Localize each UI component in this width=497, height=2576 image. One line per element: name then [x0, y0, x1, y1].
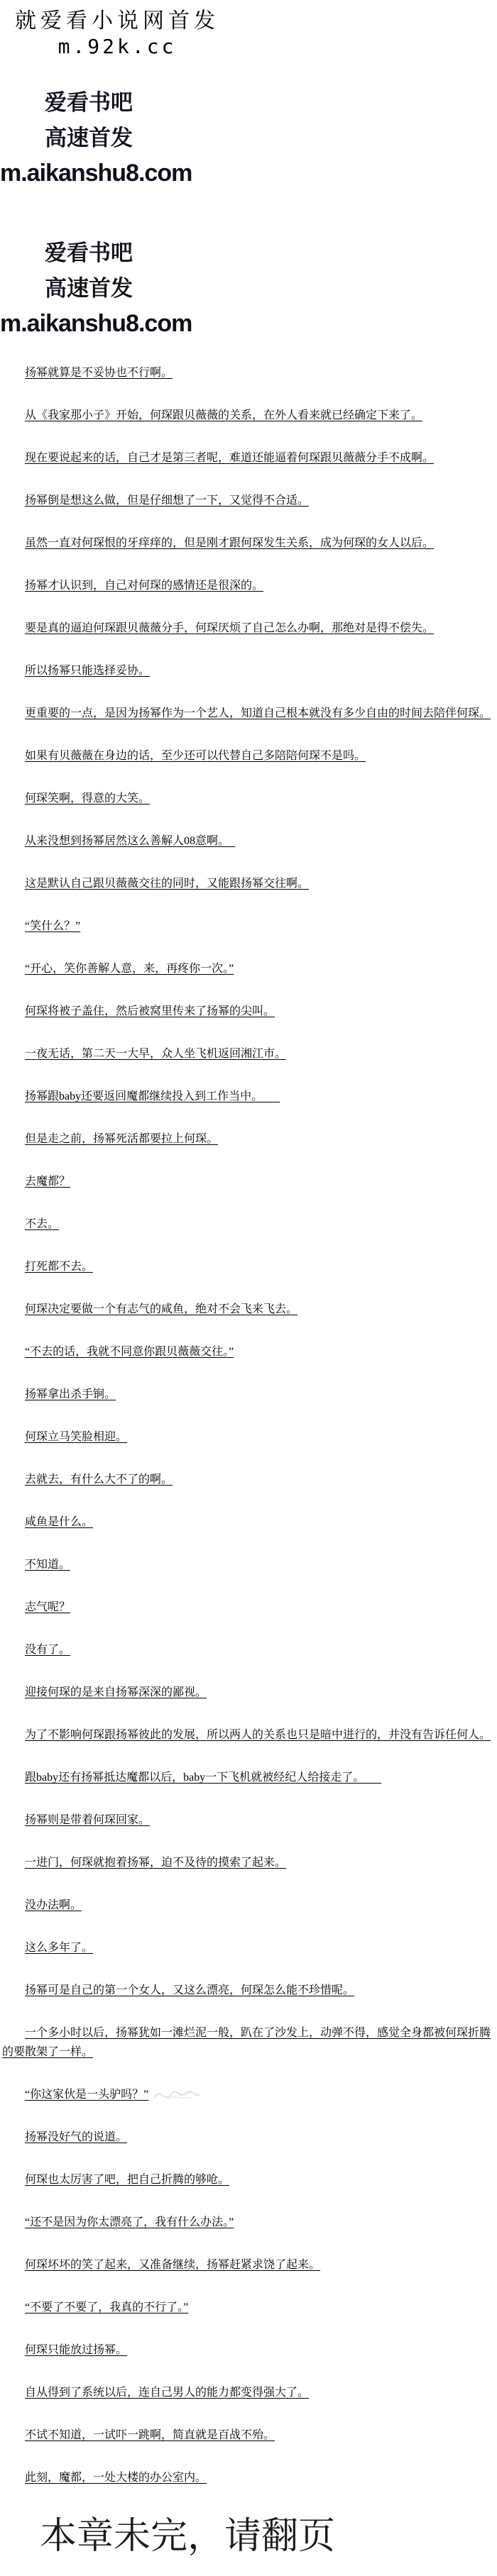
paragraph: 所以扬幂只能选择妥协。	[2, 661, 493, 680]
promo-line-2: 高速首发	[0, 121, 177, 156]
paragraph: 但是走之前，扬幂死活都要拉上何琛。	[2, 1129, 493, 1149]
paragraph: 何琛立马笑脸相迎。	[2, 1427, 493, 1447]
paragraph: 扬幂就算是不妥协也不行啊。	[2, 363, 493, 382]
paragraph: 一进门，何琛就抱着扬幂，迫不及待的摸索了起来。	[2, 1853, 493, 1872]
promo-block-2: 爱看书吧 高速首发 m.aikanshu8.com	[0, 236, 177, 341]
promo-line-2: 高速首发	[0, 271, 177, 306]
paragraph: 要是真的逼迫何琛跟贝薇薇分手，何琛厌烦了自己怎么办啊，那绝对是得不偿失。	[2, 619, 493, 638]
paragraph: 为了不影响何琛跟扬幂彼此的发展，所以两人的关系也只是暗中进行的，并没有告诉任何人…	[2, 1725, 493, 1745]
chapter-content: 扬幂就算是不妥协也不行啊。从《我家那小子》开始，何琛跟贝薇薇的关系，在外人看来就…	[0, 363, 497, 2487]
paragraph: 扬幂跟baby还要返回魔都继续投入到工作当中。	[2, 1087, 493, 1106]
paragraph: “开心，笑你善解人意，来，再疼你一次。”	[2, 959, 493, 978]
paragraph: 没办法啊。	[2, 1896, 493, 1915]
paragraph: 扬幂拿出杀手锏。	[2, 1385, 493, 1404]
paragraph: 何琛笑啊，得意的大笑。	[2, 789, 493, 808]
paragraph: 自从得到了系统以后，连自己男人的能力都变得强大了。	[2, 2383, 493, 2402]
promo-line-1: 爱看书吧	[0, 85, 177, 121]
paragraph: 扬幂才认识到，自己对何琛的感情还是很深的。	[2, 576, 493, 595]
site-url: m.92k.cc	[0, 35, 234, 58]
page-turn-notice: 本章未完，请翻页	[40, 2511, 497, 2562]
paragraph: 一个多小时以后，扬幂犹如一滩烂泥一般，趴在了沙发上，动弹不得，感觉全身都被何琛折…	[2, 2023, 493, 2062]
paragraph: 何琛坏坏的笑了起来，又准备继续，扬幂赶紧求饶了起来。	[2, 2255, 493, 2274]
paragraph: “笑什么？”	[2, 917, 493, 936]
paragraph: 扬幂则是带着何琛回家。	[2, 1811, 493, 1830]
paragraph: 没有了。	[2, 1640, 493, 1659]
paragraph: 咸鱼是什么。	[2, 1513, 493, 1532]
scribble-watermark-icon	[152, 2085, 208, 2104]
paragraph: 跟baby还有扬幂抵达魔都以后，baby一下飞机就被经纪人给接走了。	[2, 1768, 493, 1787]
paragraph: 这是默认自己跟贝薇薇交往的同时，又能跟扬幂交往啊。	[2, 874, 493, 893]
paragraph: 不知道。	[2, 1555, 493, 1574]
paragraph: 此刻，魔都，一处大楼的办公室内。	[2, 2468, 493, 2487]
paragraph: 何琛只能放过扬幂。	[2, 2340, 493, 2360]
paragraph: 现在要说起来的话，自己才是第三者呢，难道还能逼着何琛跟贝薇薇分手不成啊。	[2, 448, 493, 468]
paragraph: 迎接何琛的是来自扬幂深深的鄙视。	[2, 1683, 493, 1702]
paragraph: 从来没想到扬幂居然这么善解人08意啊。	[2, 831, 493, 851]
promo-domain: m.aikanshu8.com	[0, 156, 177, 190]
promo-block-1: 爱看书吧 高速首发 m.aikanshu8.com	[0, 85, 177, 190]
site-name: 就爱看小说网首发	[0, 9, 234, 34]
paragraph: 虽然一直对何琛恨的牙痒痒的，但是刚才跟何琛发生关系，成为何琛的女人以后。	[2, 534, 493, 553]
paragraph: 这么多年了。	[2, 1938, 493, 1957]
paragraph: 扬幂倒是想这么做，但是仔细想了一下，又觉得不合适。	[2, 491, 493, 510]
paragraph: “还不是因为你太漂亮了，我有什么办法。”	[2, 2213, 493, 2232]
paragraph: “你这家伙是一头驴吗？”	[2, 2085, 493, 2104]
paragraph: 不试不知道，一试吓一跳啊，简直就是百战不殆。	[2, 2426, 493, 2445]
promo-line-1: 爱看书吧	[0, 236, 177, 271]
paragraph: 志气呢？	[2, 1598, 493, 1617]
promo-domain: m.aikanshu8.com	[0, 306, 177, 341]
paragraph: 一夜无话，第二天一大早，众人坐飞机返回湘江市。	[2, 1044, 493, 1063]
paragraph: 去就去，有什么大不了的啊。	[2, 1470, 493, 1489]
paragraph: 何琛决定要做一个有志气的咸鱼，绝对不会飞来飞去。	[2, 1300, 493, 1319]
paragraph: 扬幂可是自己的第一个女人，又这么漂亮，何琛怎么能不珍惜呢。	[2, 1981, 493, 2000]
paragraph: 更重要的一点，是因为扬幂作为一个艺人，知道自己根本就没有多少自由的时间去陪伴何琛…	[2, 704, 493, 723]
paragraph: 何琛也太厉害了吧，把自己折腾的够呛。	[2, 2170, 493, 2189]
paragraph: “不去的话，我就不同意你跟贝薇薇交往。”	[2, 1342, 493, 1361]
paragraph: 打死都不去。	[2, 1257, 493, 1276]
paragraph: 不去。	[2, 1215, 493, 1234]
paragraph: 何琛将被子盖住，然后被窝里传来了扬幂的尖叫。	[2, 1002, 493, 1021]
paragraph: “不要了不要了，我真的不行了。”	[2, 2298, 493, 2317]
paragraph: 如果有贝薇薇在身边的话，至少还可以代替自己多陪陪何琛不是吗。	[2, 746, 493, 765]
site-watermark-header: 就爱看小说网首发 m.92k.cc	[0, 0, 234, 58]
paragraph: 从《我家那小子》开始，何琛跟贝薇薇的关系，在外人看来就已经确定下来了。	[2, 406, 493, 425]
paragraph: 去魔都？	[2, 1172, 493, 1191]
paragraph: 扬幂没好气的说道。	[2, 2128, 493, 2147]
